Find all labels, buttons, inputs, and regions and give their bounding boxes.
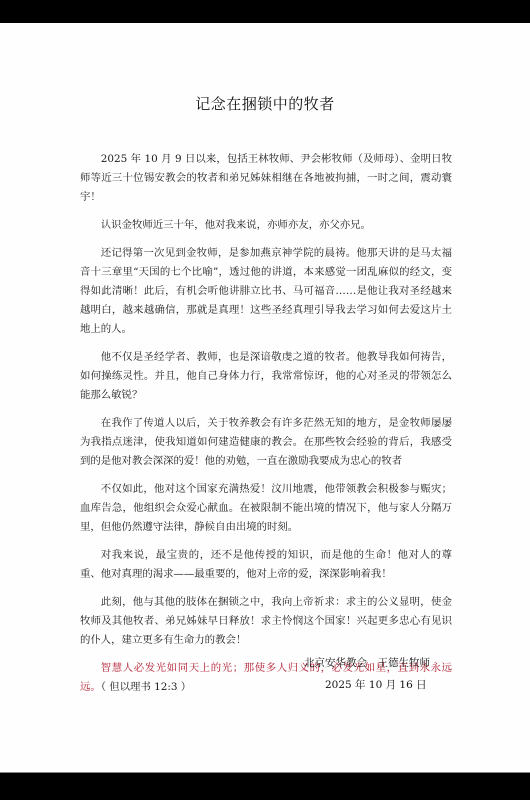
document-body: 2025 年 10 月 9 日以来，包括王林牧师、尹会彬牧师（及师母）、金明日牧… [80,150,452,706]
document-title: 记念在捆锁中的牧者 [0,93,530,114]
paragraph-5: 在我作了传道人以后，关于牧养教会有许多茫然无知的地方，是金牧师屡屡为我指点迷津，… [80,414,452,471]
paragraph-2: 认识金牧师近三十年，他对我来说，亦师亦友，亦父亦兄。 [80,216,452,235]
document-page: 记念在捆锁中的牧者 2025 年 10 月 9 日以来，包括王林牧师、尹会彬牧师… [0,23,530,773]
paragraph-4: 他不仅是圣经学者、教师，也是深谙敬虔之道的牧者。他教导我如何祷告，如何操练灵性。… [80,348,452,405]
paragraph-7: 对我来说，最宝贵的，还不是他传授的知识，而是他的生命！他对人的尊重、他对真理的渴… [80,546,452,584]
paragraph-1: 2025 年 10 月 9 日以来，包括王林牧师、尹会彬牧师（及师母）、金明日牧… [80,150,452,207]
signature: 北京安华教会 王德生牧师 [304,655,430,670]
scripture-reference: （ 但以理书 12:3 ） [101,681,191,693]
signature-date: 2025 年 10 月 16 日 [325,677,427,692]
paragraph-8: 此刻，他与其他的肢体在捆锁之中，我向上帝祈求：求主的公义显明，使金牧师及其他牧者… [80,593,452,650]
paragraph-3: 还记得第一次见到金牧师，是参加燕京神学院的晨祷。他那天讲的是马太福音十三章里“天… [80,244,452,339]
paragraph-6: 不仅如此，他对这个国家充满热爱！汶川地震，他带领教会积极参与赈灾；血库告急，他组… [80,480,452,537]
